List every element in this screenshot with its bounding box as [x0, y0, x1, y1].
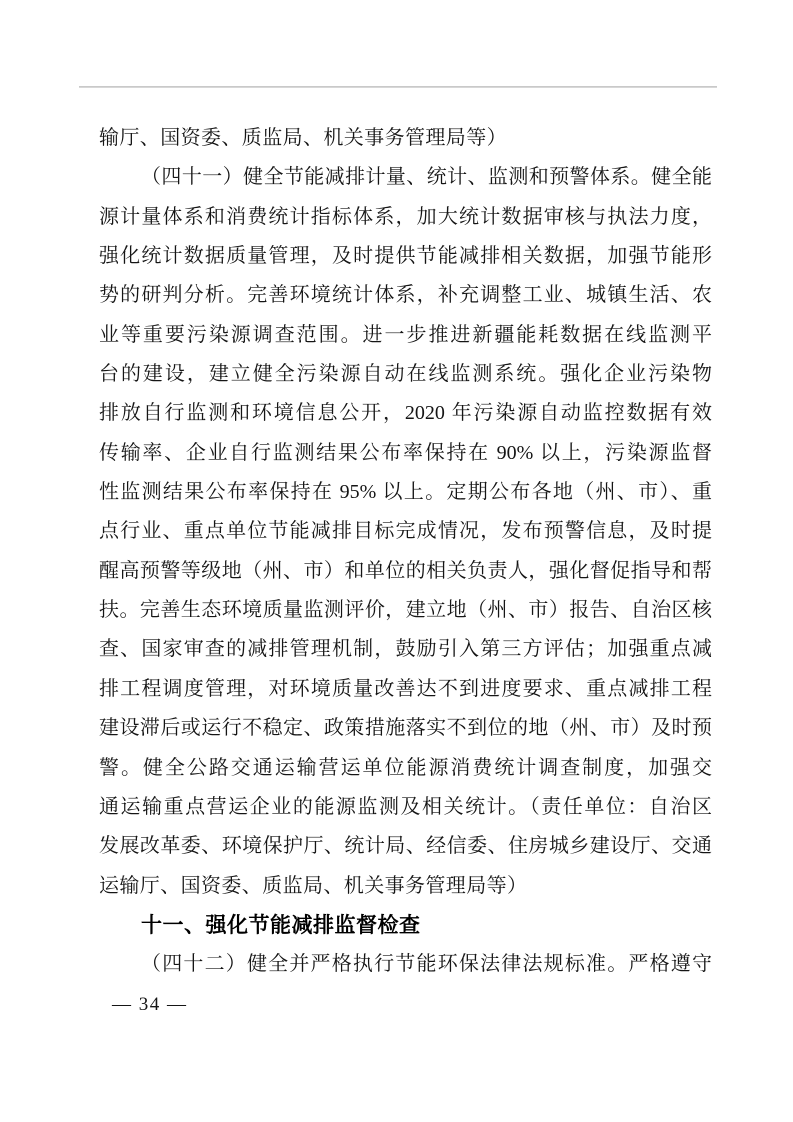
- page-number: — 34 —: [99, 985, 712, 1024]
- body-line: 运输厅、国资委、质监局、机关事务管理局等）: [99, 867, 712, 906]
- body-line: 扶。完善生态环境质量监测评价，建立地（州、市）报告、自治区核: [99, 591, 712, 630]
- document-page: 输厅、国资委、质监局、机关事务管理局等） （四十一）健全节能减排计量、统计、监测…: [0, 0, 793, 1122]
- header-rule: [79, 86, 717, 88]
- section-heading: 十一、强化节能减排监督检查: [99, 906, 712, 945]
- body-line: 业等重要污染源调查范围。进一步推进新疆能耗数据在线监测平: [99, 316, 712, 355]
- body-line: 源计量体系和消费统计指标体系，加大统计数据审核与执法力度，: [99, 198, 712, 237]
- body-line: 通运输重点营运企业的能源监测及相关统计。（责任单位：自治区: [99, 788, 712, 827]
- body-line: 建设滞后或运行不稳定、政策措施落实不到位的地（州、市）及时预: [99, 709, 712, 748]
- body-line: （四十一）健全节能减排计量、统计、监测和预警体系。健全能: [99, 158, 712, 197]
- body-line: （四十二）健全并严格执行节能环保法律法规标准。严格遵守: [99, 945, 712, 984]
- body-line: 性监测结果公布率保持在 95% 以上。定期公布各地（州、市）、重: [99, 473, 712, 512]
- text-block: 输厅、国资委、质监局、机关事务管理局等） （四十一）健全节能减排计量、统计、监测…: [99, 119, 712, 1024]
- body-line: 台的建设，建立健全污染源自动在线监测系统。强化企业污染物: [99, 355, 712, 394]
- body-line: 输厅、国资委、质监局、机关事务管理局等）: [99, 119, 712, 158]
- body-line: 发展改革委、环境保护厅、统计局、经信委、住房城乡建设厅、交通: [99, 827, 712, 866]
- body-line: 排工程调度管理，对环境质量改善达不到进度要求、重点减排工程: [99, 670, 712, 709]
- body-line: 醒高预警等级地（州、市）和单位的相关负责人，强化督促指导和帮: [99, 552, 712, 591]
- body-line: 警。健全公路交通运输营运单位能源消费统计调查制度，加强交: [99, 749, 712, 788]
- body-line: 查、国家审查的减排管理机制，鼓励引入第三方评估；加强重点减: [99, 630, 712, 669]
- body-line: 排放自行监测和环境信息公开，2020 年污染源自动监控数据有效: [99, 394, 712, 433]
- body-line: 点行业、重点单位节能减排目标完成情况，发布预警信息，及时提: [99, 512, 712, 551]
- body-line: 势的研判分析。完善环境统计体系，补充调整工业、城镇生活、农: [99, 276, 712, 315]
- body-line: 强化统计数据质量管理，及时提供节能减排相关数据，加强节能形: [99, 237, 712, 276]
- body-line: 传输率、企业自行监测结果公布率保持在 90% 以上，污染源监督: [99, 434, 712, 473]
